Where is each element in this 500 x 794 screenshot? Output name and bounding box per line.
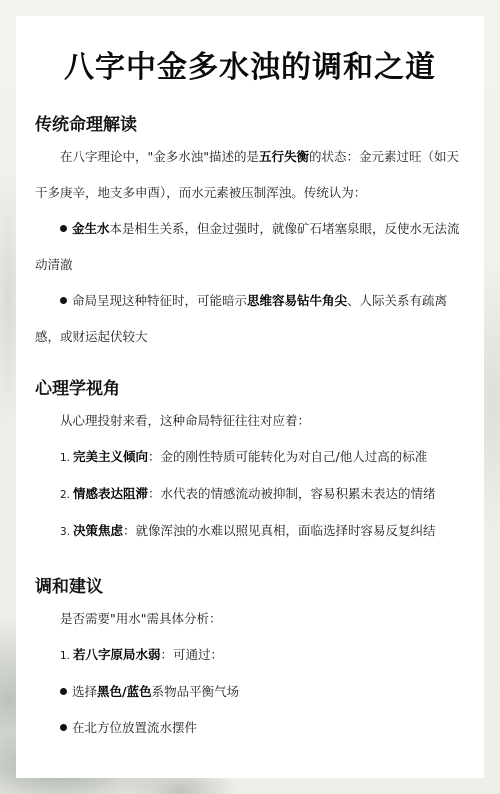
bullet-icon [60, 688, 67, 695]
item-number: 3. [60, 526, 70, 538]
intro-text: 在八字理论中，"金多水浊"描述的是 [60, 149, 259, 164]
bullet-icon [60, 724, 67, 731]
item-emphasis: 完美主义倾向 [73, 449, 148, 464]
item-number: 2. [60, 489, 70, 501]
item-text: ：水代表的情感流动被抑制，容易积累未表达的情绪 [148, 486, 436, 501]
section-heading: 调和建议 [35, 575, 465, 599]
item-emphasis: 决策焦虑 [73, 523, 123, 538]
bullet-icon [60, 297, 67, 304]
bullet-emphasis: 金生水 [72, 221, 110, 236]
bullet-item: 在北方位放置流水摆件 [35, 710, 465, 746]
item-text: ：金的刚性特质可能转化为对自己/他人过高的标准 [148, 449, 427, 464]
section-psychology: 心理学视角 从心理投射来看，这种命局特征往往对应着： 1.完美主义倾向：金的刚性… [35, 377, 465, 550]
item-emphasis: 若八字原局水弱 [73, 647, 161, 662]
intro-emphasis: 五行失衡 [259, 149, 309, 164]
section-intro: 是否需要"用水"需具体分析： [35, 601, 465, 637]
numbered-item: 1.若八字原局水弱：可通过： [35, 637, 465, 674]
section-advice: 调和建议 是否需要"用水"需具体分析： 1.若八字原局水弱：可通过： 选择黑色/… [35, 575, 465, 746]
numbered-item: 1.完美主义倾向：金的刚性特质可能转化为对自己/他人过高的标准 [35, 439, 465, 476]
item-emphasis: 情感表达阻滞 [73, 486, 148, 501]
section-intro: 在八字理论中，"金多水浊"描述的是五行失衡的状态：金元素过旺（如天干多庚辛，地支… [35, 139, 465, 211]
bullet-text: 选择 [72, 684, 97, 699]
bullet-item: 选择黑色/蓝色系物品平衡气场 [35, 674, 465, 710]
section-intro: 从心理投射来看，这种命局特征往往对应着： [35, 403, 465, 439]
bullet-item: 金生水本是相生关系，但金过强时，就像矿石堵塞泉眼，反使水无法流动清澈 [35, 211, 465, 283]
item-number: 1. [60, 452, 70, 464]
bullet-icon [60, 225, 67, 232]
section-heading: 心理学视角 [35, 377, 465, 401]
item-text: ：可通过： [161, 647, 224, 662]
page-title: 八字中金多水浊的调和之道 [35, 48, 465, 88]
article-card: 八字中金多水浊的调和之道 传统命理解读 在八字理论中，"金多水浊"描述的是五行失… [16, 16, 484, 778]
item-number: 1. [60, 650, 70, 662]
numbered-item: 2.情感表达阻滞：水代表的情感流动被抑制，容易积累未表达的情绪 [35, 476, 465, 513]
bullet-text: 在北方位放置流水摆件 [72, 720, 197, 735]
bullet-text: 命局呈现这种特征时，可能暗示 [72, 293, 247, 308]
bullet-emphasis: 思维容易钻牛角尖 [247, 293, 347, 308]
bullet-emphasis: 黑色/蓝色 [97, 684, 152, 699]
numbered-item: 3.决策焦虑：就像浑浊的水难以照见真相，面临选择时容易反复纠结 [35, 513, 465, 550]
bullet-text: 系物品平衡气场 [152, 684, 240, 699]
bullet-item: 命局呈现这种特征时，可能暗示思维容易钻牛角尖、人际关系有疏离感，或财运起伏较大 [35, 283, 465, 355]
section-traditional: 传统命理解读 在八字理论中，"金多水浊"描述的是五行失衡的状态：金元素过旺（如天… [35, 113, 465, 355]
section-heading: 传统命理解读 [35, 113, 465, 137]
item-text: ：就像浑浊的水难以照见真相，面临选择时容易反复纠结 [123, 523, 436, 538]
